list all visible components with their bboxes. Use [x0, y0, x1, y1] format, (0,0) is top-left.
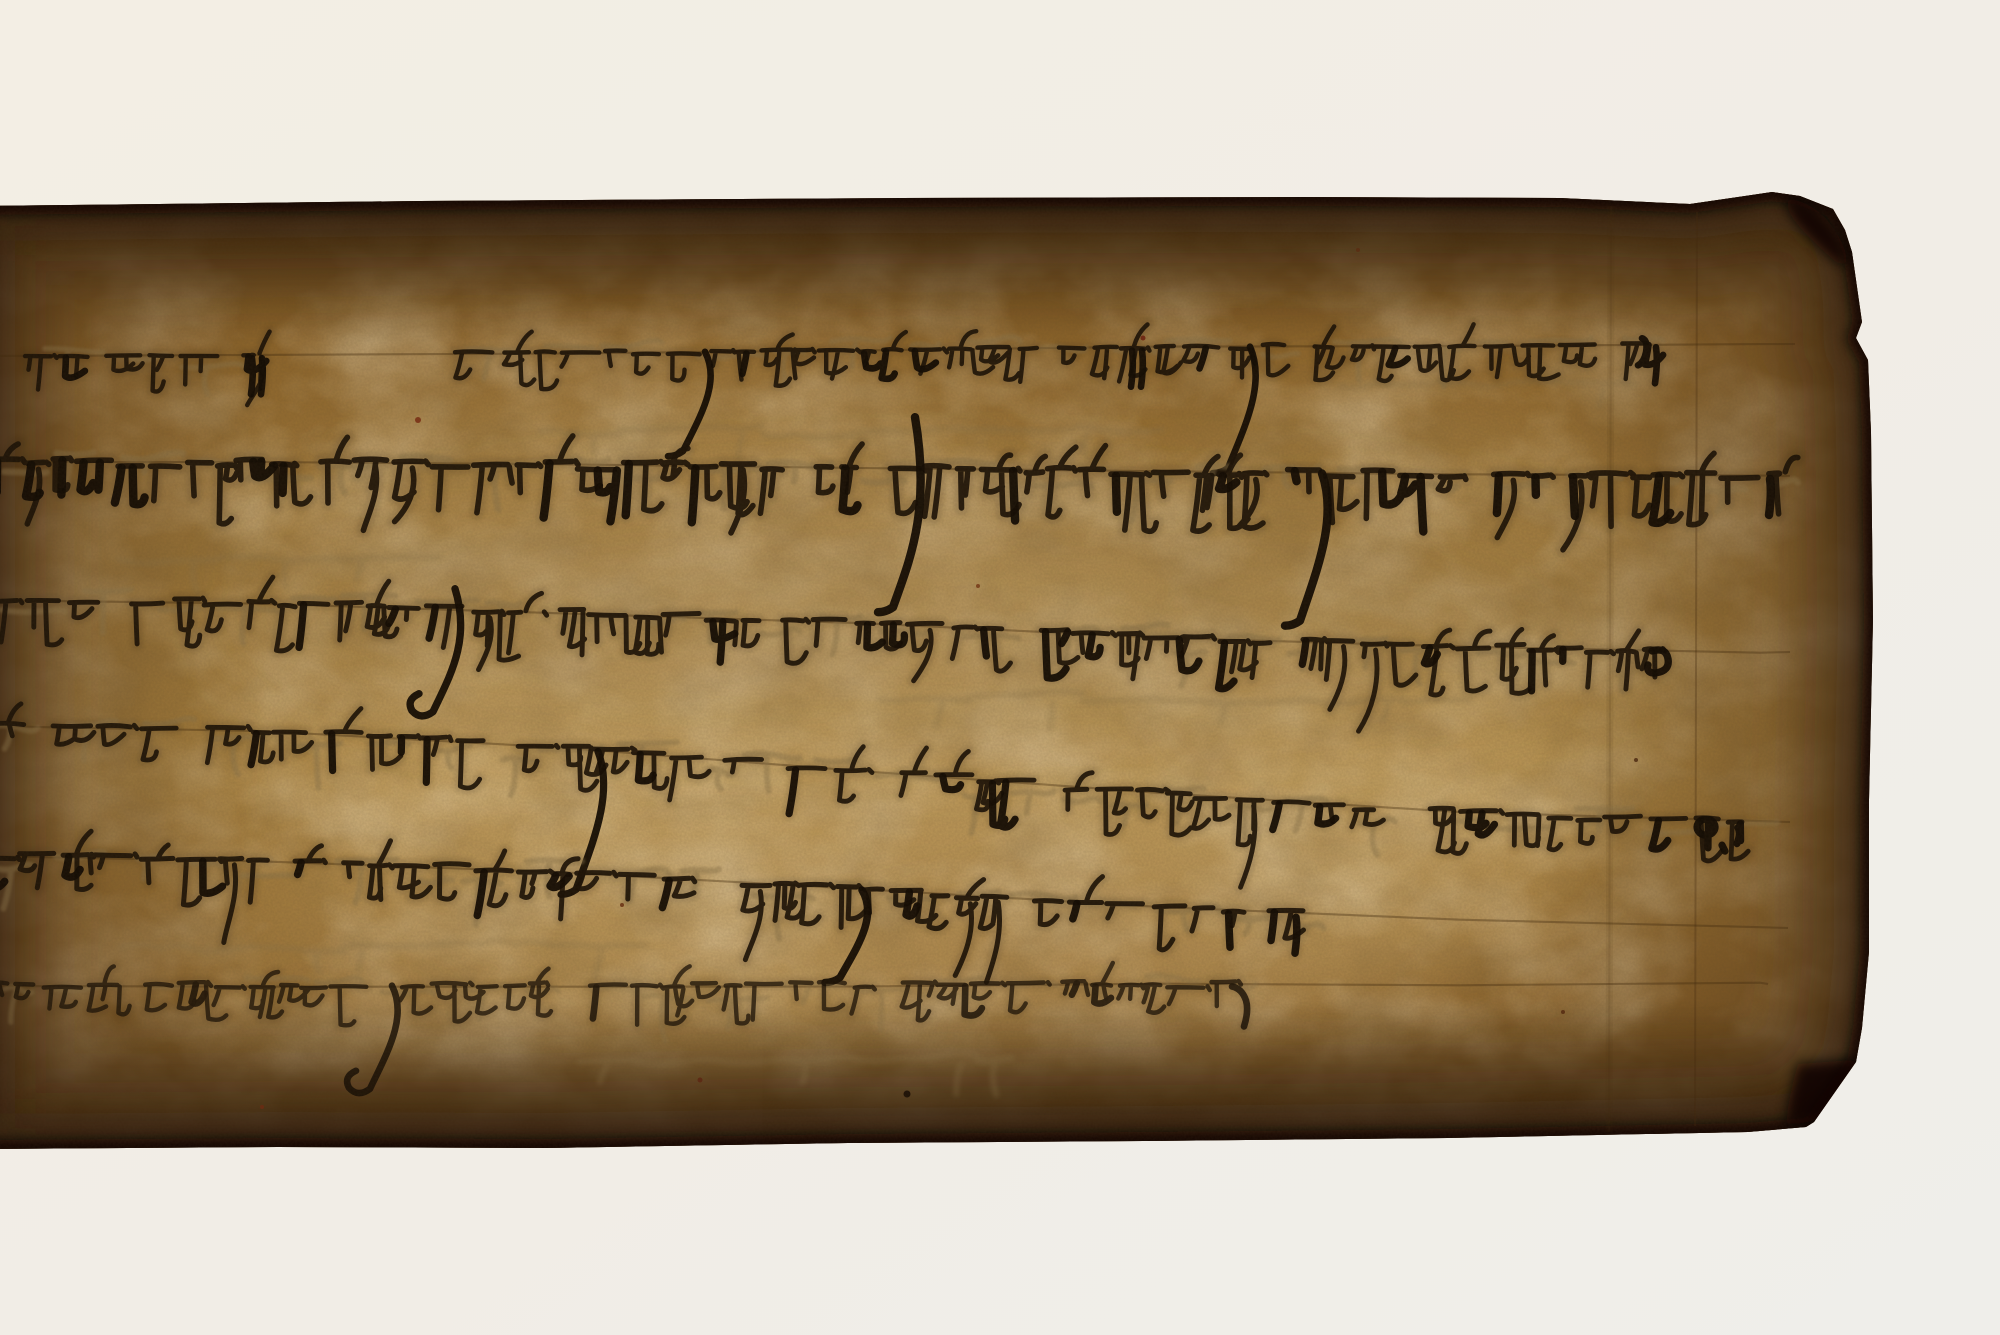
manuscript-photo: Backlit photograph of the right portion … [0, 0, 2000, 1335]
manuscript-photo-canvas [0, 0, 2000, 1335]
manuscript-leaf [0, 150, 2000, 1210]
paper-grain [0, 150, 2000, 1210]
